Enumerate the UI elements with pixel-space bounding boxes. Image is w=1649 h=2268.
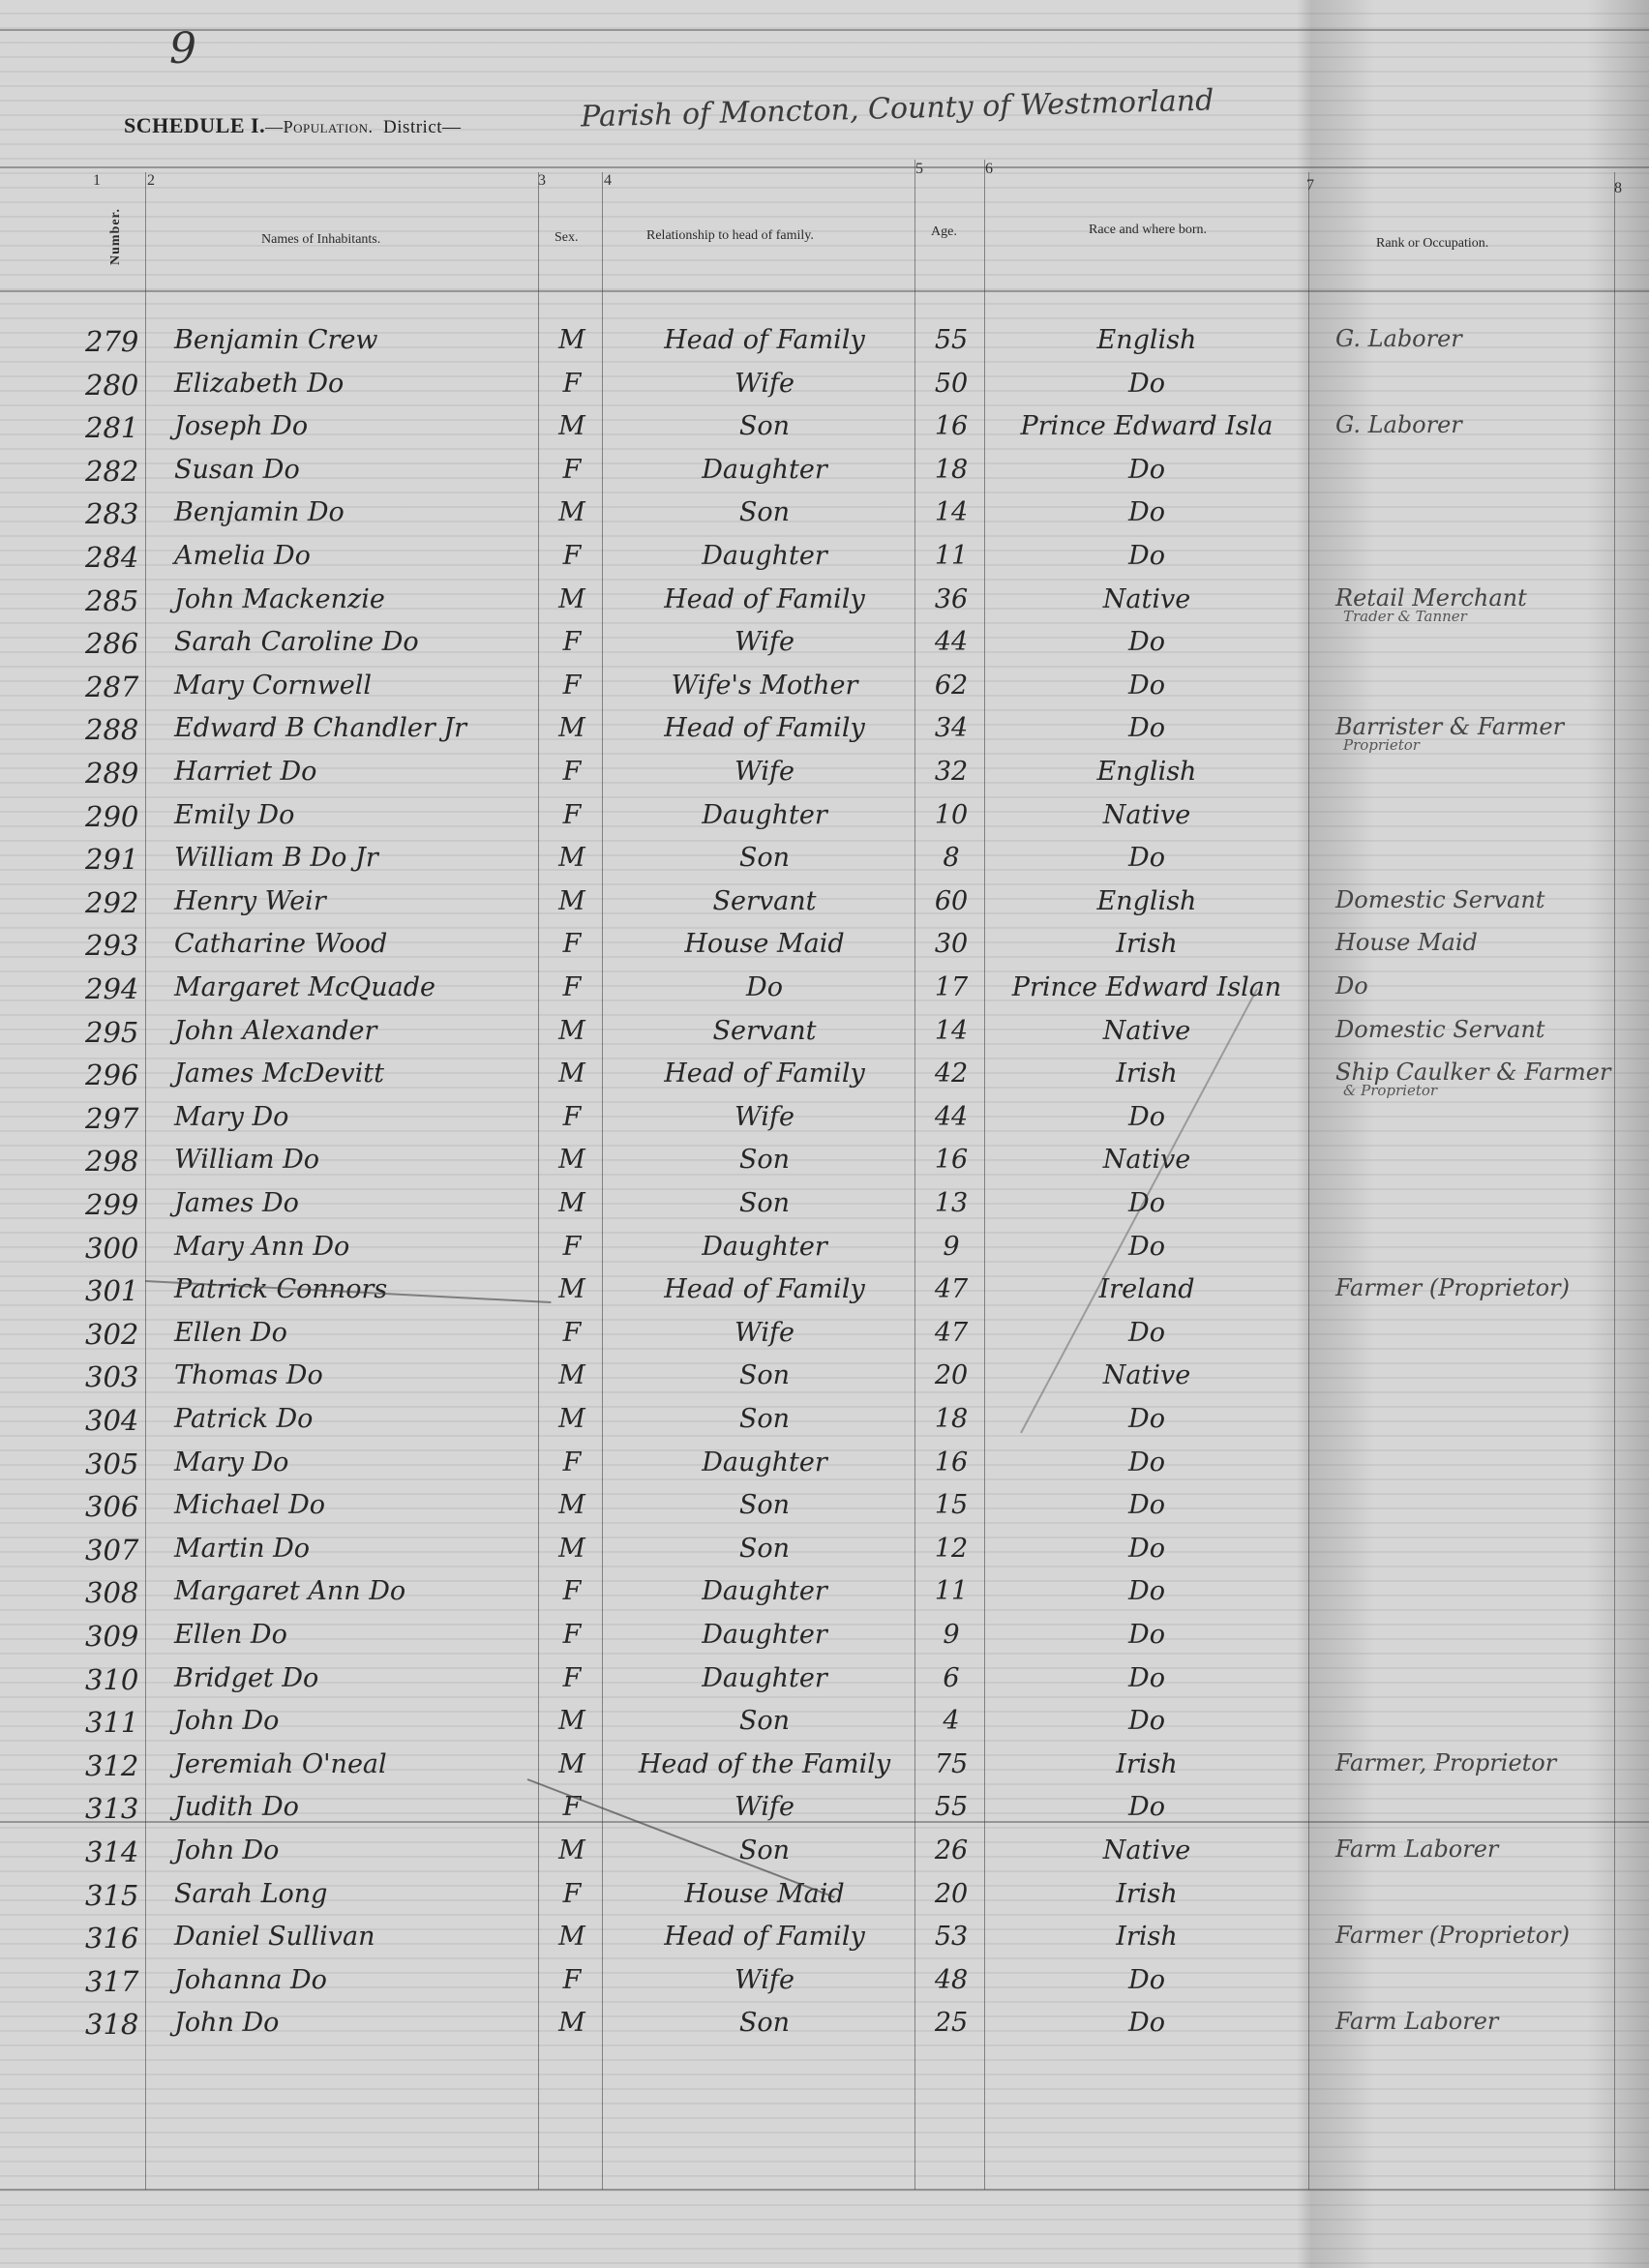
row-number: 315 (85, 1879, 145, 1912)
occupation-main: Do (1335, 972, 1368, 1000)
relationship-value: Wife (619, 1792, 910, 1822)
row-number: 283 (85, 497, 145, 530)
row-number: 313 (85, 1792, 145, 1825)
sex-value: M (548, 1534, 596, 1564)
age-value: 32 (917, 757, 985, 787)
inhabitant-name: Emily Do (174, 800, 542, 830)
sex-value: M (548, 886, 596, 916)
header-names: Names of Inhabitants. (261, 232, 380, 248)
birthplace-value: Do (987, 1792, 1306, 1822)
relationship-value: Daughter (619, 1232, 910, 1262)
table-row: 309 Ellen Do F Daughter 9 Do (0, 1620, 1649, 1662)
birthplace-value: Prince Edward Islan (987, 972, 1306, 1002)
age-value: 75 (917, 1749, 985, 1779)
occupation-main: G. Laborer (1335, 411, 1462, 438)
inhabitant-name: James McDevitt (174, 1059, 542, 1089)
inhabitant-name: Sarah Caroline Do (174, 627, 542, 657)
table-row: 279 Benjamin Crew M Head of Family 55 En… (0, 325, 1649, 368)
row-number: 288 (85, 713, 145, 746)
inhabitant-name: Amelia Do (174, 541, 542, 571)
row-number: 290 (85, 800, 145, 833)
sex-value: M (548, 497, 596, 527)
header-occupation: Rank or Occupation. (1376, 236, 1488, 252)
table-row: 287 Mary Cornwell F Wife's Mother 62 Do (0, 671, 1649, 713)
table-row: 318 John Do M Son 25 Do Farm Laborer (0, 2008, 1649, 2050)
row-number: 286 (85, 627, 145, 660)
inhabitant-name: Mary Do (174, 1447, 542, 1477)
birthplace-value: Do (987, 713, 1306, 743)
relationship-value: Head of Family (619, 1059, 910, 1089)
inhabitant-name: Patrick Do (174, 1404, 542, 1434)
sex-value: F (548, 627, 596, 657)
sex-value: M (548, 1059, 596, 1089)
row-number: 311 (85, 1706, 145, 1739)
age-value: 44 (917, 627, 985, 657)
sex-value: M (548, 1145, 596, 1175)
occupation-value: Farm Laborer (1335, 2008, 1626, 2031)
inhabitant-name: Jeremiah O'neal (174, 1749, 542, 1779)
header-sex: Sex. (555, 230, 579, 246)
occupation-main: Farmer (Proprietor) (1335, 1922, 1570, 1949)
age-value: 8 (917, 843, 985, 873)
row-number: 297 (85, 1102, 145, 1135)
inhabitant-name: Joseph Do (174, 411, 542, 441)
page-mark: 9 (169, 24, 196, 74)
relationship-value: Wife's Mother (619, 671, 910, 701)
birthplace-value: Do (987, 1318, 1306, 1348)
sex-value: F (548, 1965, 596, 1995)
row-number: 292 (85, 886, 145, 919)
table-row: 300 Mary Ann Do F Daughter 9 Do (0, 1232, 1649, 1274)
birthplace-value: Do (987, 455, 1306, 485)
birthplace-value: Do (987, 843, 1306, 873)
inhabitant-name: Mary Cornwell (174, 671, 542, 701)
relationship-value: Son (619, 1404, 910, 1434)
table-row: 297 Mary Do F Wife 44 Do (0, 1102, 1649, 1145)
inhabitant-name: Susan Do (174, 455, 542, 485)
birthplace-value: Do (987, 1102, 1306, 1132)
age-value: 20 (917, 1879, 985, 1909)
row-number: 306 (85, 1490, 145, 1523)
inhabitant-name: Catharine Wood (174, 929, 542, 959)
inhabitant-name: Mary Ann Do (174, 1232, 542, 1262)
row-number: 279 (85, 325, 145, 358)
table-row: 284 Amelia Do F Daughter 11 Do (0, 541, 1649, 583)
column-number-2: 2 (147, 172, 155, 190)
row-number: 317 (85, 1965, 145, 1998)
row-number: 308 (85, 1576, 145, 1609)
birthplace-value: Native (987, 584, 1306, 614)
schedule-title: SCHEDULE I.—Population. District— (124, 113, 462, 138)
table-row: 280 Elizabeth Do F Wife 50 Do (0, 369, 1649, 411)
age-value: 48 (917, 1965, 985, 1995)
age-value: 34 (917, 713, 985, 743)
birthplace-value: Do (987, 2008, 1306, 2038)
relationship-value: Daughter (619, 1447, 910, 1477)
sex-value: F (548, 1102, 596, 1132)
age-value: 42 (917, 1059, 985, 1089)
relationship-value: Head of Family (619, 713, 910, 743)
birthplace-value: Native (987, 1016, 1306, 1046)
occupation-main: Domestic Servant (1335, 886, 1544, 913)
occupation-value: Ship Caulker & Farmer& Proprietor (1335, 1059, 1626, 1099)
sex-value: M (548, 1490, 596, 1520)
column-number-6: 6 (985, 161, 993, 178)
table-row: 283 Benjamin Do M Son 14 Do (0, 497, 1649, 540)
relationship-value: Head of Family (619, 1274, 910, 1304)
relationship-value: Son (619, 1490, 910, 1520)
table-row: 314 John Do M Son 26 Native Farm Laborer (0, 1835, 1649, 1878)
occupation-value: Retail MerchantTrader & Tanner (1335, 584, 1626, 625)
sex-value: M (548, 1016, 596, 1046)
birthplace-value: Do (987, 1620, 1306, 1650)
relationship-value: Wife (619, 627, 910, 657)
birthplace-value: Irish (987, 929, 1306, 959)
schedule-label: —Population. (265, 117, 373, 136)
birthplace-value: Do (987, 1490, 1306, 1520)
inhabitant-name: Henry Weir (174, 886, 542, 916)
age-value: 18 (917, 1404, 985, 1434)
rule-title (0, 166, 1649, 168)
relationship-value: Daughter (619, 1576, 910, 1606)
table-row: 288 Edward B Chandler Jr M Head of Famil… (0, 713, 1649, 756)
sex-value: M (548, 1835, 596, 1865)
table-row: 304 Patrick Do M Son 18 Do (0, 1404, 1649, 1447)
inhabitant-name: William B Do Jr (174, 843, 542, 873)
occupation-main: Farm Laborer (1335, 2008, 1498, 2035)
table-row: 286 Sarah Caroline Do F Wife 44 Do (0, 627, 1649, 670)
sex-value: M (548, 2008, 596, 2038)
table-row: 312 Jeremiah O'neal M Head of the Family… (0, 1749, 1649, 1792)
occupation-value: House Maid (1335, 929, 1626, 952)
occupation-value: Domestic Servant (1335, 1016, 1626, 1039)
birthplace-value: English (987, 886, 1306, 916)
birthplace-value: Do (987, 627, 1306, 657)
table-row: 306 Michael Do M Son 15 Do (0, 1490, 1649, 1533)
table-row: 281 Joseph Do M Son 16 Prince Edward Isl… (0, 411, 1649, 454)
inhabitant-name: Martin Do (174, 1534, 542, 1564)
birthplace-value: Do (987, 1232, 1306, 1262)
row-number: 284 (85, 541, 145, 574)
relationship-value: Son (619, 1835, 910, 1865)
age-value: 16 (917, 1447, 985, 1477)
birthplace-value: Irish (987, 1749, 1306, 1779)
relationship-value: Head of Family (619, 584, 910, 614)
row-number: 285 (85, 584, 145, 617)
inhabitant-name: James Do (174, 1188, 542, 1218)
row-number: 302 (85, 1318, 145, 1351)
age-value: 14 (917, 1016, 985, 1046)
age-value: 47 (917, 1274, 985, 1304)
relationship-value: Wife (619, 1318, 910, 1348)
age-value: 9 (917, 1620, 985, 1650)
sex-value: F (548, 929, 596, 959)
sex-value: F (548, 541, 596, 571)
inhabitant-name: Judith Do (174, 1792, 542, 1822)
relationship-value: Wife (619, 1102, 910, 1132)
inhabitant-name: Mary Do (174, 1102, 542, 1132)
header-relationship: Relationship to head of family. (646, 228, 814, 244)
sex-value: M (548, 411, 596, 441)
table-row: 289 Harriet Do F Wife 32 English (0, 757, 1649, 799)
header-age: Age. (931, 224, 957, 240)
age-value: 30 (917, 929, 985, 959)
age-value: 6 (917, 1663, 985, 1693)
table-row: 311 John Do M Son 4 Do (0, 1706, 1649, 1748)
occupation-main: Domestic Servant (1335, 1016, 1544, 1043)
age-value: 47 (917, 1318, 985, 1348)
birthplace-value: Do (987, 1534, 1306, 1564)
age-value: 11 (917, 541, 985, 571)
header-number: Number. (108, 208, 124, 265)
occupation-value: G. Laborer (1335, 411, 1626, 434)
column-number-3: 3 (538, 172, 546, 190)
birthplace-value: Do (987, 1706, 1306, 1736)
relationship-value: Do (619, 972, 910, 1002)
row-number: 301 (85, 1274, 145, 1307)
age-value: 10 (917, 800, 985, 830)
relationship-value: Son (619, 2008, 910, 2038)
sex-value: M (548, 325, 596, 355)
sex-value: M (548, 1360, 596, 1390)
birthplace-value: Do (987, 1447, 1306, 1477)
relationship-value: Wife (619, 757, 910, 787)
inhabitant-name: John Mackenzie (174, 584, 542, 614)
table-row: 290 Emily Do F Daughter 10 Native (0, 800, 1649, 843)
inhabitant-name: Margaret McQuade (174, 972, 542, 1002)
inhabitant-name: John Alexander (174, 1016, 542, 1046)
sex-value: M (548, 713, 596, 743)
row-number: 307 (85, 1534, 145, 1567)
sex-value: M (548, 1706, 596, 1736)
column-number-4: 4 (604, 172, 612, 190)
row-number: 296 (85, 1059, 145, 1091)
sex-value: M (548, 1274, 596, 1304)
inhabitant-name: William Do (174, 1145, 542, 1175)
age-value: 16 (917, 1145, 985, 1175)
birthplace-value: Do (987, 1663, 1306, 1693)
inhabitant-name: Bridget Do (174, 1663, 542, 1693)
inhabitant-name: Johanna Do (174, 1965, 542, 1995)
birthplace-value: English (987, 325, 1306, 355)
occupation-value: G. Laborer (1335, 325, 1626, 348)
relationship-value: Son (619, 1188, 910, 1218)
occupation-value: Farmer, Proprietor (1335, 1749, 1626, 1773)
rule-header-bottom (0, 290, 1649, 292)
age-value: 16 (917, 411, 985, 441)
age-value: 20 (917, 1360, 985, 1390)
table-row: 307 Martin Do M Son 12 Do (0, 1534, 1649, 1576)
census-page: 9 SCHEDULE I.—Population. District— Pari… (0, 0, 1649, 2268)
birthplace-value: Native (987, 1360, 1306, 1390)
age-value: 55 (917, 1792, 985, 1822)
table-row: 294 Margaret McQuade F Do 17 Prince Edwa… (0, 972, 1649, 1015)
row-number: 282 (85, 455, 145, 488)
occupation-value: Farm Laborer (1335, 1835, 1626, 1859)
row-number: 304 (85, 1404, 145, 1437)
row-number: 299 (85, 1188, 145, 1221)
sex-value: M (548, 1404, 596, 1434)
inhabitant-name: Edward B Chandler Jr (174, 713, 542, 743)
inhabitant-name: John Do (174, 1835, 542, 1865)
table-row: 315 Sarah Long F House Maid 20 Irish (0, 1879, 1649, 1922)
table-row: 301 Patrick Connors M Head of Family 47 … (0, 1274, 1649, 1317)
column-number-7: 7 (1306, 177, 1314, 194)
table-row: 303 Thomas Do M Son 20 Native (0, 1360, 1649, 1403)
rule-footer (0, 2189, 1649, 2191)
schedule-prefix: SCHEDULE I. (124, 113, 265, 137)
column-number-5: 5 (915, 161, 923, 178)
sex-value: F (548, 800, 596, 830)
relationship-value: Daughter (619, 541, 910, 571)
column-number-1: 1 (93, 172, 101, 190)
relationship-value: House Maid (619, 929, 910, 959)
relationship-value: Daughter (619, 455, 910, 485)
occupation-value: Farmer (Proprietor) (1335, 1274, 1626, 1298)
row-number: 294 (85, 972, 145, 1005)
birthplace-value: Native (987, 1145, 1306, 1175)
age-value: 55 (917, 325, 985, 355)
table-row: 285 John Mackenzie M Head of Family 36 N… (0, 584, 1649, 627)
birthplace-value: Irish (987, 1922, 1306, 1952)
age-value: 53 (917, 1922, 985, 1952)
occupation-main: G. Laborer (1335, 325, 1462, 352)
inhabitant-name: Margaret Ann Do (174, 1576, 542, 1606)
birthplace-value: Irish (987, 1879, 1306, 1909)
sex-value: F (548, 1318, 596, 1348)
inhabitant-name: Michael Do (174, 1490, 542, 1520)
age-value: 4 (917, 1706, 985, 1736)
occupation-value: Barrister & FarmerProprietor (1335, 713, 1626, 754)
occupation-main: Farm Laborer (1335, 1835, 1498, 1863)
table-row: 317 Johanna Do F Wife 48 Do (0, 1965, 1649, 2008)
relationship-value: Son (619, 1534, 910, 1564)
row-number: 295 (85, 1016, 145, 1049)
relationship-value: Son (619, 497, 910, 527)
age-value: 60 (917, 886, 985, 916)
relationship-value: House Maid (619, 1879, 910, 1909)
row-number: 281 (85, 411, 145, 444)
birthplace-value: Do (987, 369, 1306, 399)
table-row: 295 John Alexander M Servant 14 Native D… (0, 1016, 1649, 1059)
row-number: 316 (85, 1922, 145, 1955)
age-value: 62 (917, 671, 985, 701)
age-value: 9 (917, 1232, 985, 1262)
relationship-value: Daughter (619, 1620, 910, 1650)
inhabitant-name: Thomas Do (174, 1360, 542, 1390)
occupation-main: Farmer (Proprietor) (1335, 1274, 1570, 1301)
sex-value: M (548, 1188, 596, 1218)
birthplace-value: Do (987, 1965, 1306, 1995)
inhabitant-name: Ellen Do (174, 1318, 542, 1348)
inhabitant-name: Harriet Do (174, 757, 542, 787)
age-value: 25 (917, 2008, 985, 2038)
row-number: 293 (85, 929, 145, 962)
row-number: 287 (85, 671, 145, 703)
birthplace-value: Do (987, 671, 1306, 701)
age-value: 14 (917, 497, 985, 527)
table-row: 305 Mary Do F Daughter 16 Do (0, 1447, 1649, 1490)
relationship-value: Wife (619, 369, 910, 399)
row-number: 305 (85, 1447, 145, 1480)
table-row: 308 Margaret Ann Do F Daughter 11 Do (0, 1576, 1649, 1619)
row-number: 303 (85, 1360, 145, 1393)
table-row: 292 Henry Weir M Servant 60 English Dome… (0, 886, 1649, 929)
age-value: 11 (917, 1576, 985, 1606)
birthplace-value: Irish (987, 1059, 1306, 1089)
relationship-value: Head of Family (619, 1922, 910, 1952)
age-value: 17 (917, 972, 985, 1002)
row-number: 310 (85, 1663, 145, 1696)
relationship-value: Son (619, 1145, 910, 1175)
table-row: 302 Ellen Do F Wife 47 Do (0, 1318, 1649, 1360)
relationship-value: Head of the Family (619, 1749, 910, 1779)
sex-value: M (548, 843, 596, 873)
row-number: 314 (85, 1835, 145, 1868)
row-number: 318 (85, 2008, 145, 2041)
age-value: 50 (917, 369, 985, 399)
table-row: 291 William B Do Jr M Son 8 Do (0, 843, 1649, 885)
table-row: 298 William Do M Son 16 Native (0, 1145, 1649, 1187)
row-number: 312 (85, 1749, 145, 1782)
occupation-value: Domestic Servant (1335, 886, 1626, 910)
row-number: 300 (85, 1232, 145, 1265)
relationship-value: Head of Family (619, 325, 910, 355)
age-value: 15 (917, 1490, 985, 1520)
birthplace-value: Native (987, 1835, 1306, 1865)
inhabitant-name: Benjamin Crew (174, 325, 542, 355)
rule-top (0, 29, 1649, 31)
sex-value: F (548, 1447, 596, 1477)
sex-value: F (548, 1663, 596, 1693)
relationship-value: Servant (619, 886, 910, 916)
age-value: 44 (917, 1102, 985, 1132)
header-race: Race and where born. (1089, 223, 1207, 238)
sex-value: M (548, 1922, 596, 1952)
relationship-value: Daughter (619, 800, 910, 830)
birthplace-value: Do (987, 541, 1306, 571)
sex-value: F (548, 1879, 596, 1909)
age-value: 13 (917, 1188, 985, 1218)
table-row: 316 Daniel Sullivan M Head of Family 53 … (0, 1922, 1649, 1964)
relationship-value: Daughter (619, 1663, 910, 1693)
sex-value: F (548, 455, 596, 485)
relationship-value: Son (619, 1706, 910, 1736)
sex-value: F (548, 369, 596, 399)
row-number: 289 (85, 757, 145, 790)
occupation-main: Farmer, Proprietor (1335, 1749, 1556, 1776)
occupation-value: Farmer (Proprietor) (1335, 1922, 1626, 1945)
inhabitant-name: Elizabeth Do (174, 369, 542, 399)
birthplace-value: Ireland (987, 1274, 1306, 1304)
sex-value: F (548, 1576, 596, 1606)
relationship-value: Son (619, 411, 910, 441)
table-row: 313 Judith Do F Wife 55 Do (0, 1792, 1649, 1835)
relationship-value: Wife (619, 1965, 910, 1995)
occupation-main: House Maid (1335, 929, 1478, 956)
birthplace-value: Native (987, 800, 1306, 830)
relationship-value: Servant (619, 1016, 910, 1046)
sex-value: F (548, 1620, 596, 1650)
birthplace-value: English (987, 757, 1306, 787)
relationship-value: Son (619, 843, 910, 873)
relationship-value: Son (619, 1360, 910, 1390)
inhabitant-name: Benjamin Do (174, 497, 542, 527)
sex-value: M (548, 1749, 596, 1779)
table-row: 310 Bridget Do F Daughter 6 Do (0, 1663, 1649, 1706)
table-row: 299 James Do M Son 13 Do (0, 1188, 1649, 1231)
birthplace-value: Do (987, 497, 1306, 527)
